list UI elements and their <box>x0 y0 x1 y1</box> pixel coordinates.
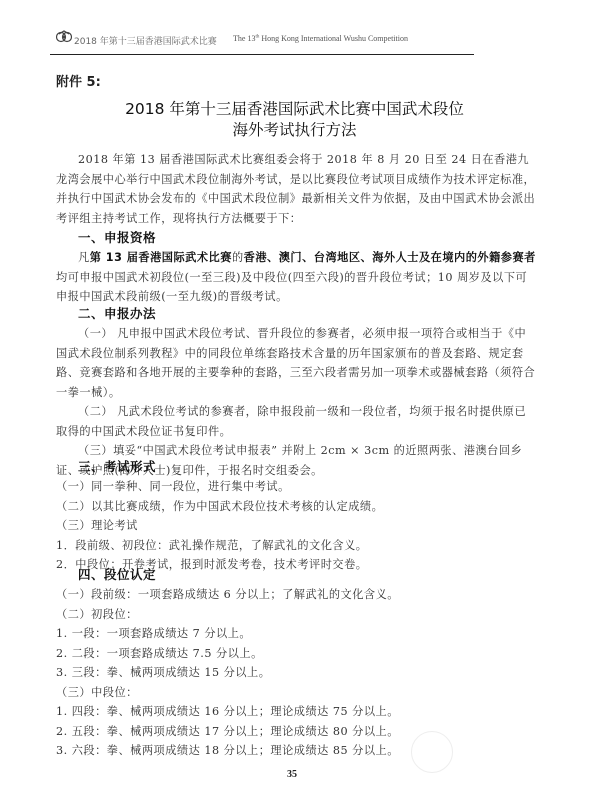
section-exam-format: 三、考试形式 （一）同一拳种、同一段位，进行集中考试。 （二）以其比赛成绩，作为… <box>56 457 536 575</box>
section-heading: 二、申报办法 <box>56 304 536 324</box>
list-item: （三）理论考试 <box>56 516 536 536</box>
header-title-cn: 2018 年第十三届香港国际武术比赛 <box>74 34 217 47</box>
page-number: 35 <box>287 769 297 780</box>
section-heading: 一、申报资格 <box>56 228 536 248</box>
list-item: （一） 凡申报中国武术段位考试、晋升段位的参赛者，必须申报一项符合或相当于《中国… <box>56 324 536 402</box>
list-item: （二） 凡武术段位考试的参赛者，除申报段前一级和一段位者，均须于报名时提供原已取… <box>56 402 536 441</box>
wushu-logo-icon <box>56 30 72 43</box>
watermark-stamp <box>411 731 453 773</box>
document-title-line2: 海外考试执行方法 <box>0 118 589 140</box>
list-item: 2. 二段：一项套路成绩达 7.5 分以上。 <box>56 644 536 664</box>
annex-label: 附件 5: <box>56 71 101 90</box>
list-item: 1. 一段：一项套路成绩达 7 分以上。 <box>56 624 536 644</box>
list-item: （三）中段位： <box>56 683 536 703</box>
list-item: （一）段前级：一项套路成绩达 6 分以上；了解武礼的文化含义。 <box>56 585 536 605</box>
section-heading: 三、考试形式 <box>56 457 536 477</box>
section-application: 二、申报办法 （一） 凡申报中国武术段位考试、晋升段位的参赛者，必须申报一项符合… <box>56 304 536 480</box>
page-header: 2018 年第十三届香港国际武术比赛 The 13th Hong Kong In… <box>50 28 474 55</box>
section-heading: 四、段位认定 <box>56 565 536 585</box>
list-item: 1. 四段：拳、械两项成绩达 16 分以上；理论成绩达 75 分以上。 <box>56 702 536 722</box>
list-item: （二）以其比赛成绩，作为中国武术段位技术考核的认定成绩。 <box>56 497 536 517</box>
section-eligibility: 一、申报资格 凡第 13 届香港国际武术比赛的香港、澳门、台湾地区、海外人士及在… <box>56 228 536 307</box>
section-rank-recognition: 四、段位认定 （一）段前级：一项套路成绩达 6 分以上；了解武礼的文化含义。 （… <box>56 565 536 761</box>
list-item: 3. 六段：拳、械两项成绩达 18 分以上；理论成绩达 85 分以上。 <box>56 741 536 761</box>
eligibility-text: 凡第 13 届香港国际武术比赛的香港、澳门、台湾地区、海外人士及在境内的外籍参赛… <box>56 248 536 307</box>
list-item: 2. 五段：拳、械两项成绩达 17 分以上；理论成绩达 80 分以上。 <box>56 722 536 742</box>
list-item: （二）初段位： <box>56 605 536 625</box>
document-title-line1: 2018 年第十三届香港国际武术比赛中国武术段位 <box>0 97 589 119</box>
list-item: 3. 三段：拳、械两项成绩达 15 分以上。 <box>56 663 536 683</box>
list-item: 1．段前级、初段位：武礼操作规范，了解武礼的文化含义。 <box>56 536 536 556</box>
header-title-en: The 13th Hong Kong International Wushu C… <box>233 34 408 43</box>
intro-paragraph: 2018 年第 13 届香港国际武术比赛组委会将于 2018 年 8 月 20 … <box>56 150 536 228</box>
list-item: （一）同一拳种、同一段位，进行集中考试。 <box>56 477 536 497</box>
